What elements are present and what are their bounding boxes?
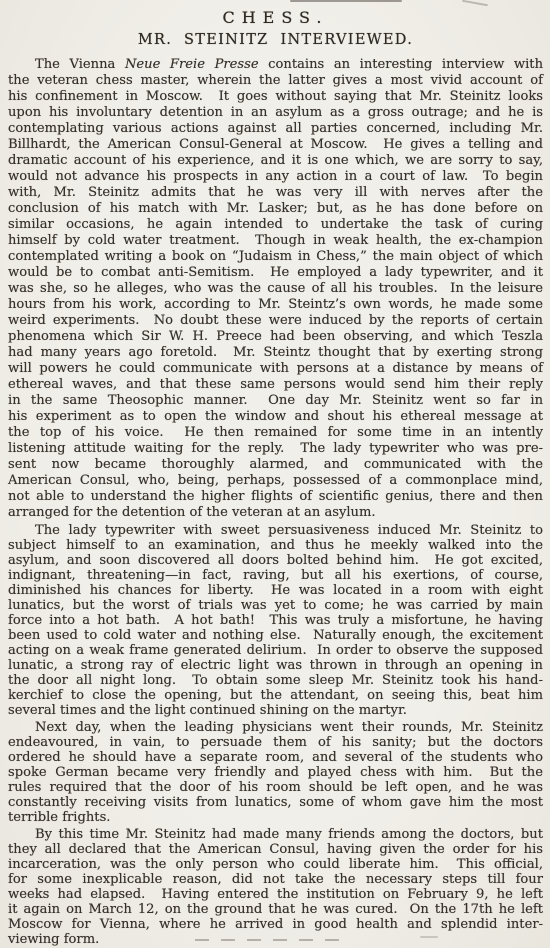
text-line: By this time Mr. Steinitz had made many … <box>8 827 543 842</box>
text-line: asylum, and soon discovered all doors bo… <box>8 553 543 568</box>
text-line: listening attitude waiting for the reply… <box>8 441 543 457</box>
newspaper-name-italic: Neue Freie Presse <box>125 57 259 72</box>
article-subtitle: MR. STEINITZ INTERVIEWED. <box>8 32 543 51</box>
text-line: weird experiments. No doubt these were i… <box>8 313 543 329</box>
text-line: lunatic, a strong ray of electric light … <box>8 658 543 673</box>
text-line: was she, so he alleges, who was the caus… <box>8 281 543 297</box>
text-line: upon his involuntary detention in an asy… <box>8 105 543 121</box>
text-line: will powers he could communicate with pe… <box>8 361 543 377</box>
text-line: The Vienna Neue Freie Presse contains an… <box>8 57 543 73</box>
text-line: Billhardt, the American Consul-General a… <box>8 137 543 153</box>
text-line: contemplated writing a book on “Judaism … <box>8 249 543 265</box>
text-line: terrible frights. <box>8 810 543 825</box>
text-line: spoke German became very friendly and pl… <box>8 765 543 780</box>
text-line: they all declared that the American Cons… <box>8 842 543 857</box>
text-line: force into a hot bath. A hot bath! This … <box>8 613 543 628</box>
article-title: CHESS. <box>8 8 543 28</box>
text-line: endeavoured, in vain, to persuade them o… <box>8 735 543 750</box>
text-line: himself by cold water treatment. Though … <box>8 233 543 249</box>
text-line: subject himself to an examination, and t… <box>8 538 543 553</box>
text-line: Moscow for Vienna, where he arrived in g… <box>8 917 543 932</box>
text-line: arranged for the detention of the vetera… <box>8 505 543 521</box>
newspaper-page: CHESS. MR. STEINITZ INTERVIEWED. The Vie… <box>0 0 550 948</box>
text-line: would not advance his prospects in any a… <box>8 169 543 185</box>
text-line: viewing form. <box>8 932 543 947</box>
scan-artifact-top-right-dash <box>462 0 488 6</box>
paragraph-1-lines: the veteran chess master, wherein the la… <box>8 73 543 521</box>
text-line: dramatic account of his experience, and … <box>8 153 543 169</box>
paragraph-2: The lady typewriter with sweet persuasiv… <box>8 523 543 718</box>
text-line: The lady typewriter with sweet persuasiv… <box>8 523 543 538</box>
paragraph-4-lines: By this time Mr. Steinitz had made many … <box>8 827 543 947</box>
text-line: constantly receiving visits from lunatic… <box>8 795 543 810</box>
text-line: ethereal waves, and that these same pers… <box>8 377 543 393</box>
text-line: sent now became thoroughly alarmed, and … <box>8 457 543 473</box>
text-line: lunatics, but the worst of trials was ye… <box>8 598 543 613</box>
text-line: conclusion of his match with Mr. Lasker;… <box>8 201 543 217</box>
text-line: in the same Theosophic manner. One day M… <box>8 393 543 409</box>
text-line: ordered he should have a separate room, … <box>8 750 543 765</box>
paragraph-1: The Vienna Neue Freie Presse contains an… <box>8 57 543 521</box>
text-line: not able to understand the higher flight… <box>8 489 543 505</box>
text-line: incarceration, was the only person who c… <box>8 857 543 872</box>
text-line: had many years ago foretold. Mr. Steintz… <box>8 345 543 361</box>
text-line: with, Mr. Steinitz admits that he was ve… <box>8 185 543 201</box>
paragraph-4: By this time Mr. Steinitz had made many … <box>8 827 543 947</box>
text-line: indignant, threatening—in fact, raving, … <box>8 568 543 583</box>
text-line: diminished his chances for liberty. He w… <box>8 583 543 598</box>
lead-line-prefix: The Vienna <box>35 57 125 72</box>
text-line: acting on a weak frame generated deliriu… <box>8 643 543 658</box>
text-line: phenomena which Sir W. H. Preece had bee… <box>8 329 543 345</box>
text-line: the door all night long. To obtain some … <box>8 673 543 688</box>
text-line: his confinement in Moscow. It goes witho… <box>8 89 543 105</box>
text-line: rules required that the door of his room… <box>8 780 543 795</box>
text-line: it again on March 12, on the ground that… <box>8 902 543 917</box>
text-line: kerchief to close the opening, but the a… <box>8 688 543 703</box>
text-line: would be to combat anti-Semitism. He emp… <box>8 265 543 281</box>
paragraph-2-lines: The lady typewriter with sweet persuasiv… <box>8 523 543 718</box>
text-line: the veteran chess master, wherein the la… <box>8 73 543 89</box>
text-line: weeks had elapsed. Having entered the in… <box>8 887 543 902</box>
paragraph-3: Next day, when the leading physicians we… <box>8 720 543 825</box>
text-line: Next day, when the leading physicians we… <box>8 720 543 735</box>
text-line: hours from his work, according to Mr. St… <box>8 297 543 313</box>
text-line: contemplating various actions against al… <box>8 121 543 137</box>
text-line: several times and the light continued sh… <box>8 703 543 718</box>
text-line: the top of his voice. He then remained f… <box>8 425 543 441</box>
text-line: for some inexplicable reason, did not ta… <box>8 872 543 887</box>
text-line: been used to cold water and nothing else… <box>8 628 543 643</box>
scan-artifact-top-streak <box>290 0 402 2</box>
text-line: similar occasions, he again intended to … <box>8 217 543 233</box>
text-line: American Consul, who, being, perhaps, po… <box>8 473 543 489</box>
lead-line-suffix: contains an interesting interview with <box>259 57 543 72</box>
article-body: The Vienna Neue Freie Presse contains an… <box>8 57 543 947</box>
text-line: his experiment as to open the window and… <box>8 409 543 425</box>
paragraph-3-lines: Next day, when the leading physicians we… <box>8 720 543 825</box>
